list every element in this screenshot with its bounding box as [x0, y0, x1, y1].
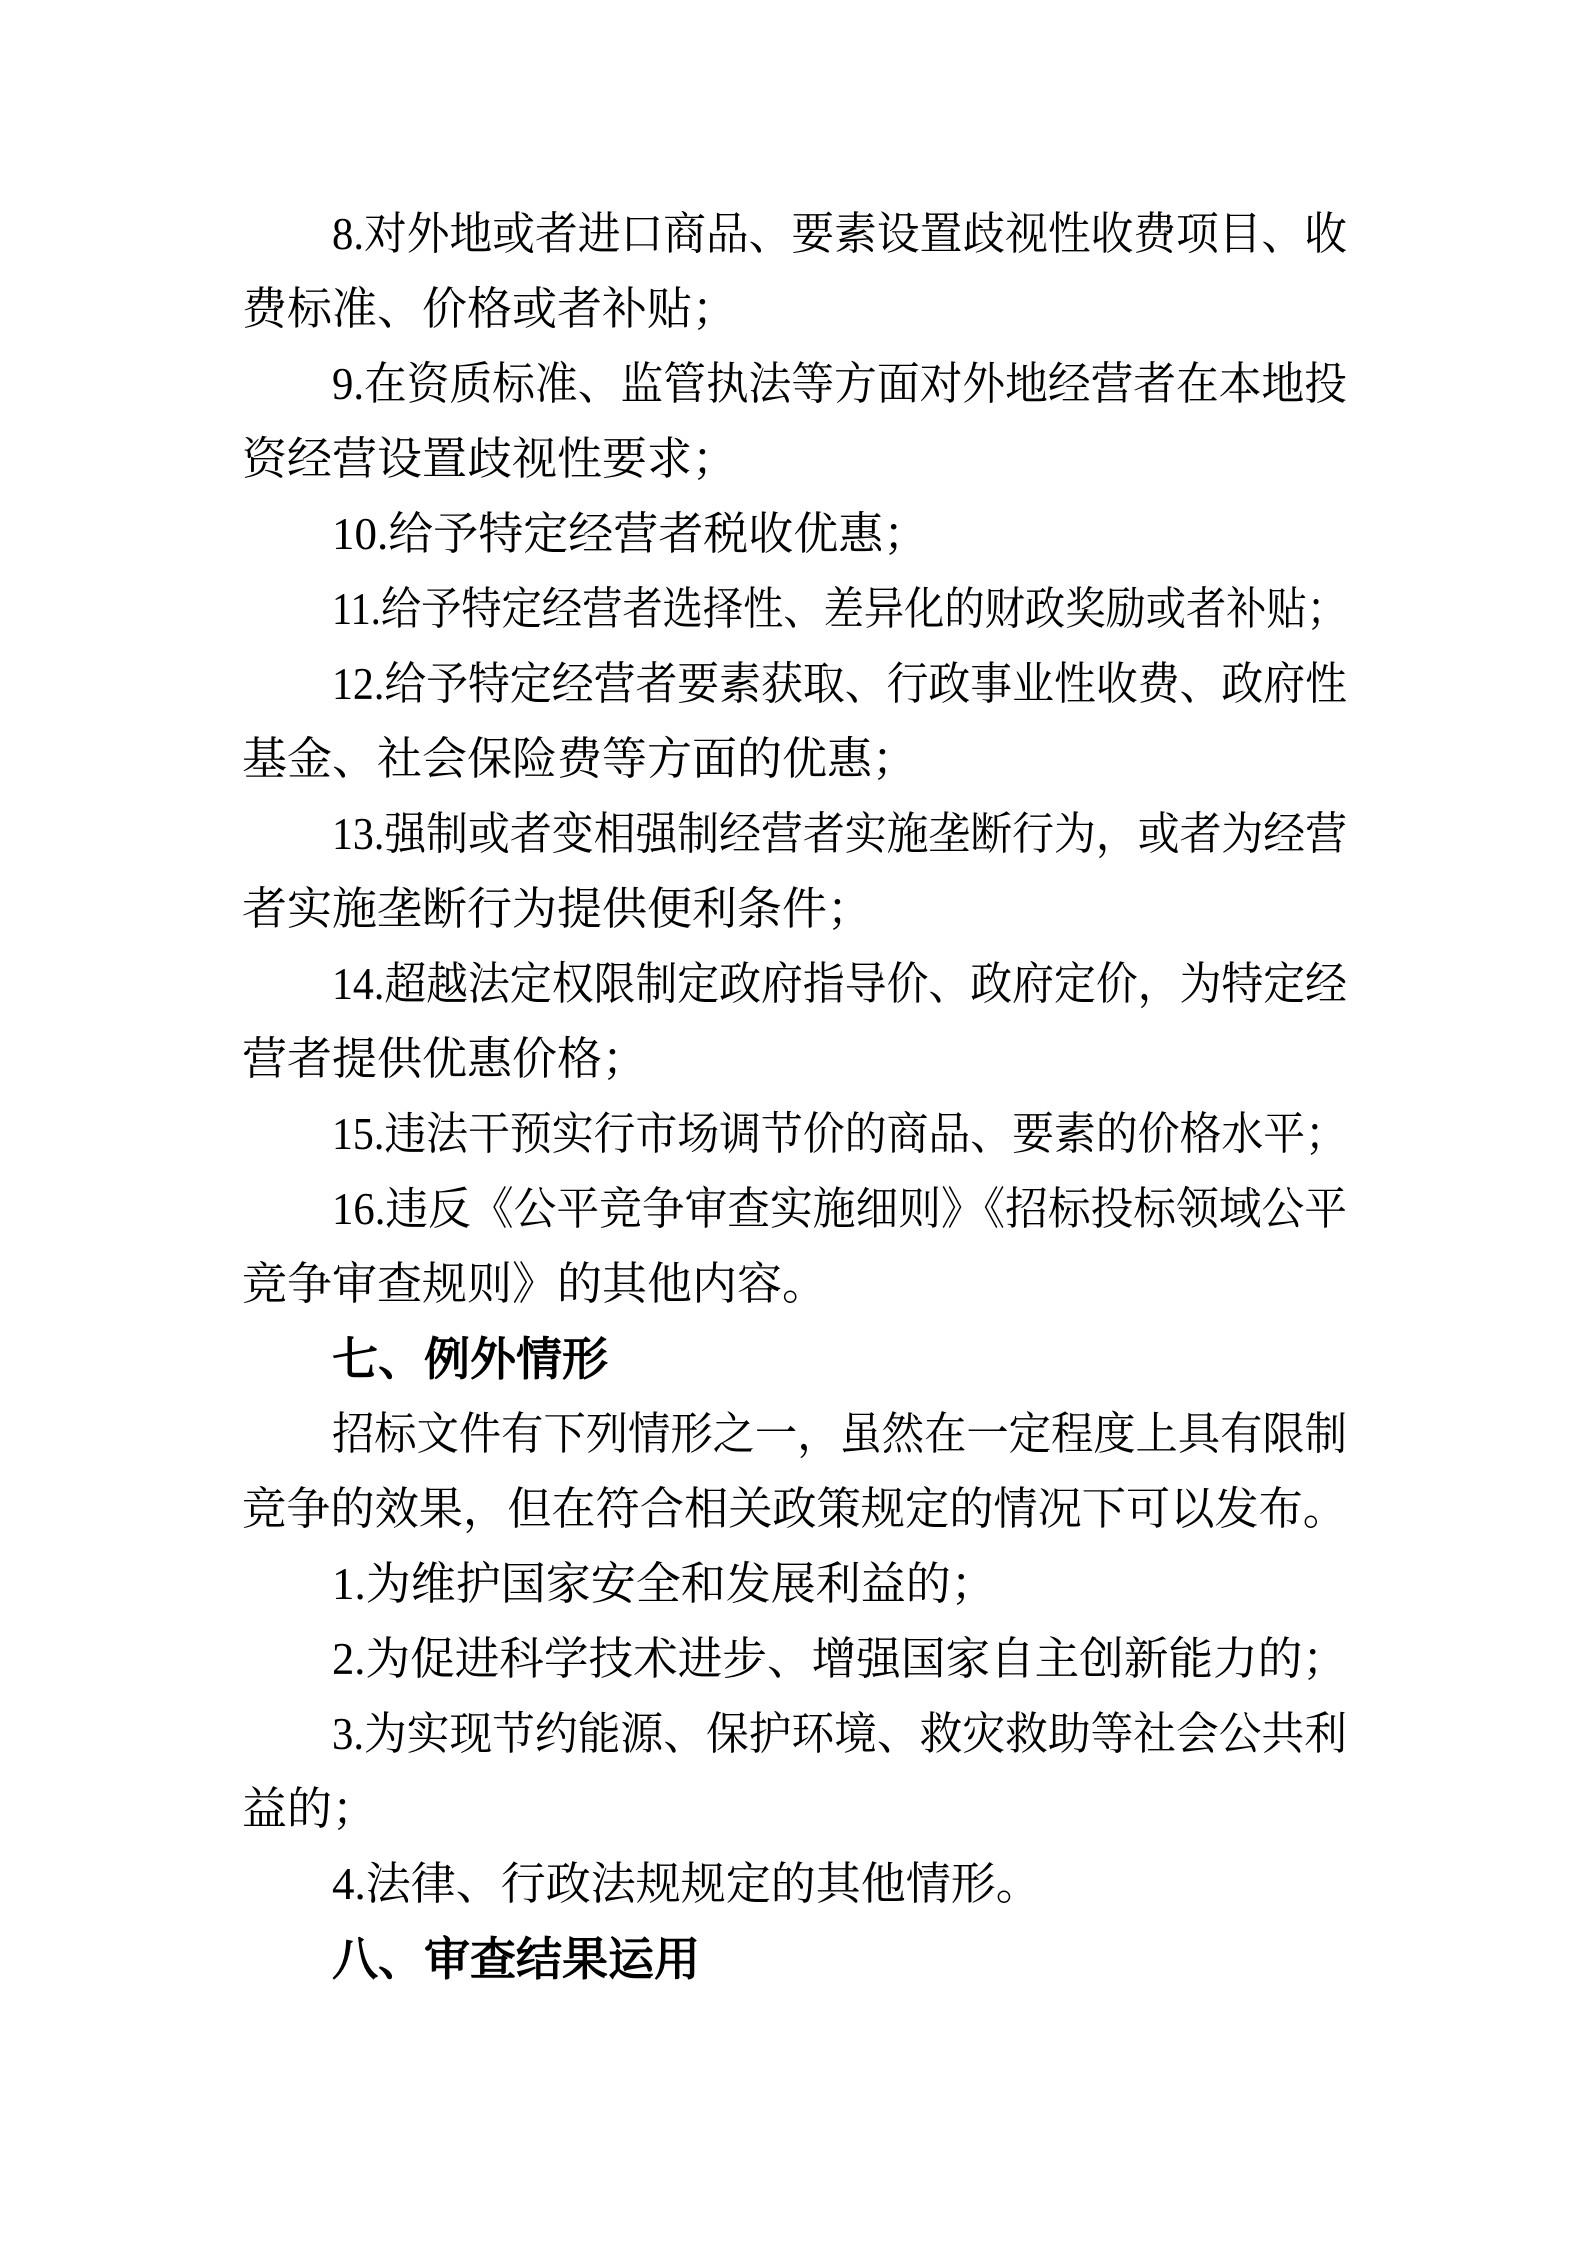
line-text: 14.超越法定权限制定政府指导价、政府定价，为特定经 — [332, 947, 1347, 1022]
section-heading: 八、审查结果运用 — [242, 1922, 1347, 1997]
line-text: 益的； — [242, 1772, 377, 1847]
line-text: 者实施垄断行为提供便利条件； — [242, 872, 872, 947]
line-text: 3.为实现节约能源、保护环境、救灾救助等社会公共利 — [332, 1697, 1347, 1772]
body-text-line: 2.为促进科学技术进步、增强国家自主创新能力的； — [242, 1622, 1347, 1697]
document-page: 8.对外地或者进口商品、要素设置歧视性收费项目、收费标准、价格或者补贴；9.在资… — [0, 0, 1587, 2245]
line-text: 竞争审查规则》的其他内容。 — [242, 1247, 827, 1322]
body-text-line: 4.法律、行政法规规定的其他情形。 — [242, 1847, 1347, 1922]
body-text-line: 费标准、价格或者补贴； — [242, 272, 1347, 347]
body-text-line: 1.为维护国家安全和发展利益的； — [242, 1547, 1347, 1622]
body-text-line: 10.给予特定经营者税收优惠； — [242, 497, 1347, 572]
body-text-line: 竞争审查规则》的其他内容。 — [242, 1247, 1347, 1322]
line-text: 资经营设置歧视性要求； — [242, 422, 737, 497]
body-text-line: 竞争的效果，但在符合相关政策规定的情况下可以发布。 — [242, 1472, 1347, 1547]
line-text: 10.给予特定经营者税收优惠； — [332, 497, 928, 572]
line-text: 1.为维护国家安全和发展利益的； — [332, 1547, 996, 1622]
body-text-line: 12.给予特定经营者要素获取、行政事业性收费、政府性 — [242, 647, 1347, 722]
line-text: 12.给予特定经营者要素获取、行政事业性收费、政府性 — [332, 647, 1347, 722]
body-text-line: 营者提供优惠价格； — [242, 1022, 1347, 1097]
document-text-block: 8.对外地或者进口商品、要素设置歧视性收费项目、收费标准、价格或者补贴；9.在资… — [242, 197, 1347, 1997]
body-text-line: 16.违反《公平竞争审查实施细则》《招标投标领域公平 — [242, 1172, 1347, 1247]
line-text: 8.对外地或者进口商品、要素设置歧视性收费项目、收 — [332, 197, 1347, 272]
line-text: 16.违反《公平竞争审查实施细则》《招标投标领域公平 — [332, 1172, 1347, 1247]
line-text: 费标准、价格或者补贴； — [242, 272, 737, 347]
body-text-line: 14.超越法定权限制定政府指导价、政府定价，为特定经 — [242, 947, 1347, 1022]
body-text-line: 益的； — [242, 1772, 1347, 1847]
body-text-line: 基金、社会保险费等方面的优惠； — [242, 722, 1347, 797]
body-text-line: 招标文件有下列情形之一，虽然在一定程度上具有限制 — [242, 1397, 1347, 1472]
line-text: 七、例外情形 — [332, 1322, 608, 1397]
line-text: 4.法律、行政法规规定的其他情形。 — [332, 1847, 1041, 1922]
body-text-line: 13.强制或者变相强制经营者实施垄断行为，或者为经营 — [242, 797, 1347, 872]
body-text-line: 者实施垄断行为提供便利条件； — [242, 872, 1347, 947]
line-text: 13.强制或者变相强制经营者实施垄断行为，或者为经营 — [332, 797, 1347, 872]
section-heading: 七、例外情形 — [242, 1322, 1347, 1397]
body-text-line: 11.给予特定经营者选择性、差异化的财政奖励或者补贴； — [242, 572, 1347, 647]
body-text-line: 8.对外地或者进口商品、要素设置歧视性收费项目、收 — [242, 197, 1347, 272]
body-text-line: 资经营设置歧视性要求； — [242, 422, 1347, 497]
line-text: 招标文件有下列情形之一，虽然在一定程度上具有限制 — [332, 1397, 1347, 1472]
line-text: 基金、社会保险费等方面的优惠； — [242, 722, 917, 797]
line-text: 八、审查结果运用 — [332, 1922, 700, 1997]
body-text-line: 15.违法干预实行市场调节价的商品、要素的价格水平； — [242, 1097, 1347, 1172]
line-text: 15.违法干预实行市场调节价的商品、要素的价格水平； — [332, 1097, 1347, 1172]
body-text-line: 3.为实现节约能源、保护环境、救灾救助等社会公共利 — [242, 1697, 1347, 1772]
body-text-line: 9.在资质标准、监管执法等方面对外地经营者在本地投 — [242, 347, 1347, 422]
line-text: 2.为促进科学技术进步、增强国家自主创新能力的； — [332, 1622, 1347, 1697]
line-text: 9.在资质标准、监管执法等方面对外地经营者在本地投 — [332, 347, 1347, 422]
line-text: 营者提供优惠价格； — [242, 1022, 647, 1097]
line-text: 11.给予特定经营者选择性、差异化的财政奖励或者补贴； — [332, 572, 1347, 647]
line-text: 竞争的效果，但在符合相关政策规定的情况下可以发布。 — [242, 1472, 1347, 1547]
